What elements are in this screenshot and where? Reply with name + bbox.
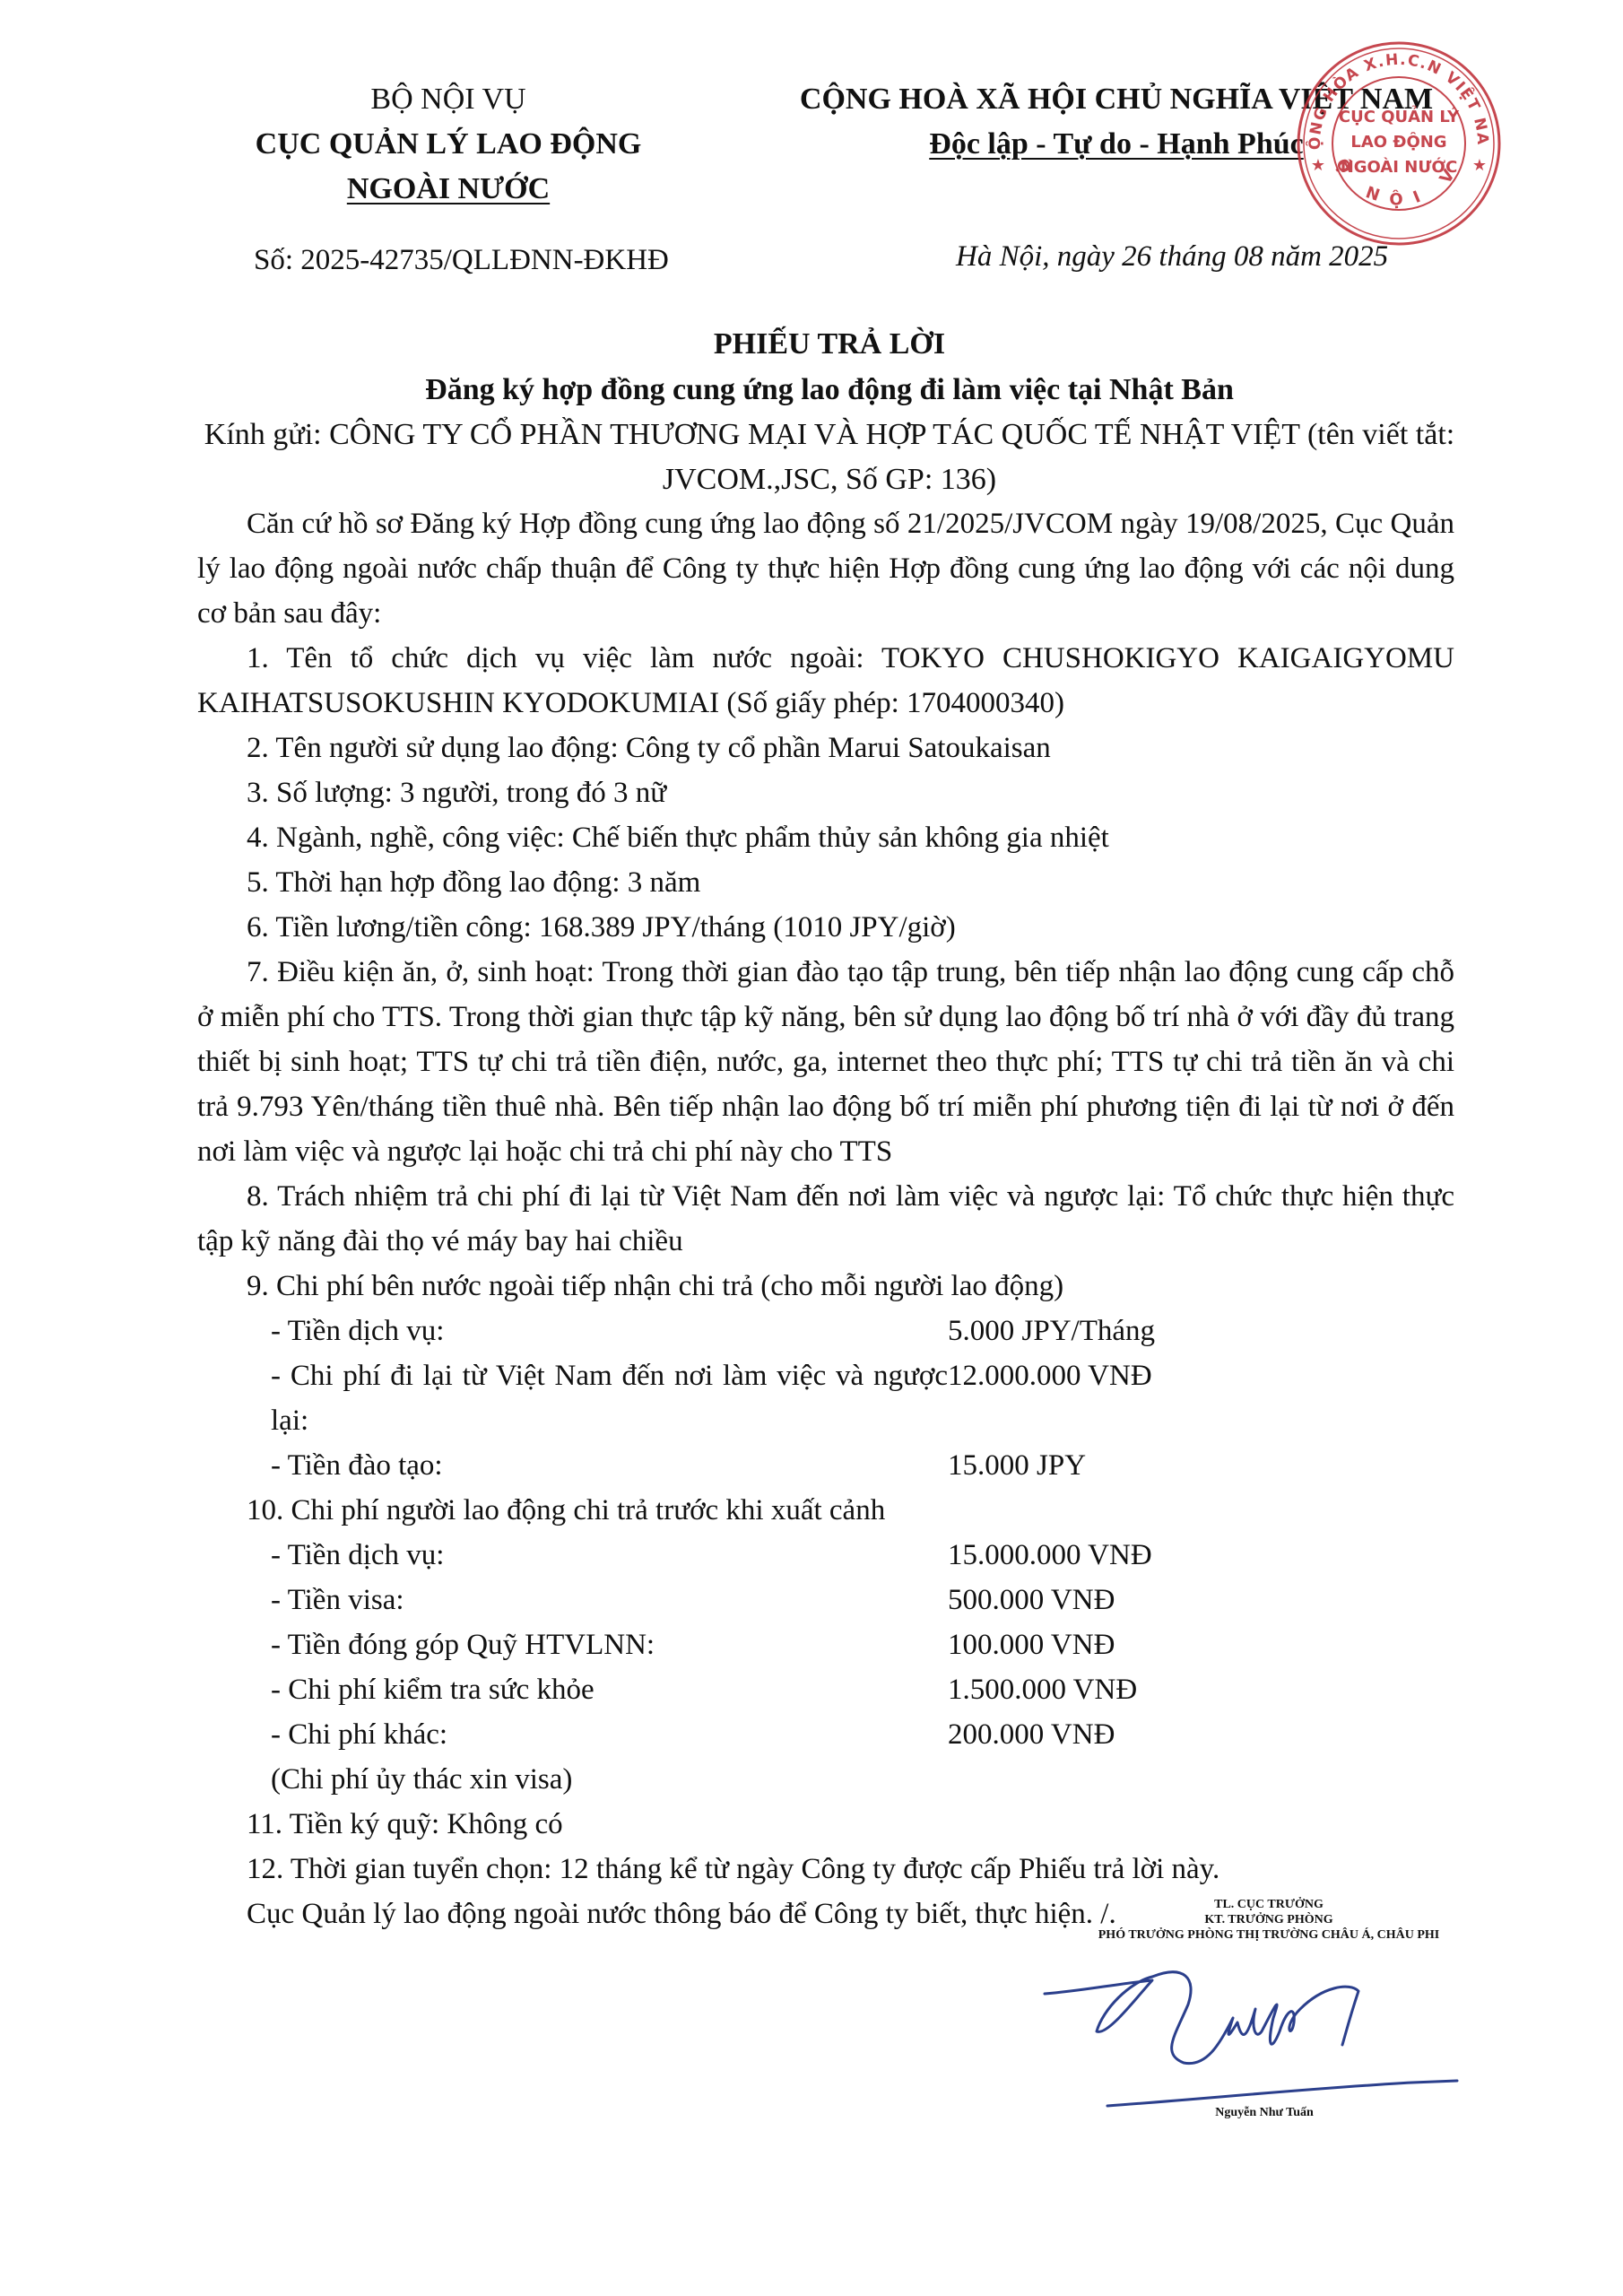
signer-name: Nguyễn Như Tuấn [1027, 2106, 1502, 2120]
document-title: PHIẾU TRẢ LỜI [179, 321, 1480, 368]
department-name-line1: CỤC QUẢN LÝ LAO ĐỘNG [224, 122, 673, 167]
item-1: 1. Tên tổ chức dịch vụ việc làm nước ngo… [197, 636, 1454, 726]
document-title-block: PHIẾU TRẢ LỜI Đăng ký hợp đồng cung ứng … [179, 321, 1480, 502]
section-10-heading: 10. Chi phí người lao động chi trả trước… [197, 1488, 1454, 1533]
national-motto: Độc lập - Tự do - Hạnh Phúc [929, 127, 1303, 161]
section-10-note: (Chi phí ủy thác xin visa) [197, 1757, 1454, 1802]
item-8: 8. Trách nhiệm trả chi phí đi lại từ Việ… [197, 1174, 1454, 1264]
item-6: 6. Tiền lương/tiền công: 168.389 JPY/thá… [197, 905, 1454, 950]
fee-row: - Tiền dịch vụ:5.000 JPY/Tháng [197, 1309, 1454, 1353]
fee-row: - Tiền đào tạo:15.000 JPY [197, 1443, 1454, 1488]
ministry-name: BỘ NỘI VỤ [224, 77, 673, 122]
fee-row: - Chi phí đi lại từ Việt Nam đến nơi làm… [197, 1353, 1454, 1443]
item-4: 4. Ngành, nghề, công việc: Chế biến thực… [197, 815, 1454, 860]
item-5: 5. Thời hạn hợp đồng lao động: 3 năm [197, 860, 1454, 905]
fee-row: - Chi phí kiểm tra sức khỏe1.500.000 VNĐ [197, 1667, 1454, 1712]
fee-row: - Tiền dịch vụ:15.000.000 VNĐ [197, 1533, 1454, 1578]
signatory-role-line1: TL. CỤC TRƯỞNG [1027, 1897, 1511, 1912]
seal-inner-line2: LAO ĐỘNG [1350, 132, 1446, 152]
item-11: 11. Tiền ký quỹ: Không có [197, 1802, 1454, 1847]
recipient-line1: Kính gửi: CÔNG TY CỔ PHẦN THƯƠNG MẠI VÀ … [179, 413, 1480, 457]
item-12: 12. Thời gian tuyển chọn: 12 tháng kể từ… [197, 1847, 1454, 1892]
item-2: 2. Tên người sử dụng lao động: Công ty c… [197, 726, 1454, 770]
official-seal-icon: CỘNG HÒA X.H.C.N VIỆT NAM BỘ NỘI VỤ CỤC … [1291, 36, 1506, 251]
intro-paragraph: Căn cứ hồ sơ Đăng ký Hợp đồng cung ứng l… [197, 501, 1454, 636]
svg-text:★: ★ [1472, 156, 1487, 175]
seal-inner-line1: CỤC QUẢN LÝ [1339, 106, 1460, 126]
svg-text:★: ★ [1311, 156, 1325, 175]
signatory-title-block: TL. CỤC TRƯỞNG KT. TRƯỞNG PHÒNG PHÓ TRƯỞ… [1027, 1897, 1511, 1943]
signatory-role-line2: KT. TRƯỞNG PHÒNG [1027, 1912, 1511, 1927]
issuing-agency-block: BỘ NỘI VỤ CỤC QUẢN LÝ LAO ĐỘNG NGOÀI NƯỚ… [224, 77, 673, 212]
document-body: Căn cứ hồ sơ Đăng ký Hợp đồng cung ứng l… [197, 501, 1454, 1936]
handwritten-signature-icon [1027, 1955, 1493, 2117]
signatory-role-line3: PHÓ TRƯỞNG PHÒNG THỊ TRƯỜNG CHÂU Á, CHÂU… [1027, 1927, 1511, 1943]
recipient-line2: JVCOM.,JSC, Số GP: 136) [179, 457, 1480, 502]
fee-row: - Tiền đóng góp Quỹ HTVLNN:100.000 VNĐ [197, 1622, 1454, 1667]
section-9-heading: 9. Chi phí bên nước ngoài tiếp nhận chi … [197, 1264, 1454, 1309]
fee-row: - Chi phí khác:200.000 VNĐ [197, 1712, 1454, 1757]
document-subtitle: Đăng ký hợp đồng cung ứng lao động đi là… [179, 368, 1480, 413]
document-number: Số: 2025-42735/QLLĐNN-ĐKHĐ [254, 244, 669, 277]
item-3: 3. Số lượng: 3 người, trong đó 3 nữ [197, 770, 1454, 815]
seal-inner-line3: NGOÀI NƯỚC [1341, 157, 1458, 177]
item-7: 7. Điều kiện ăn, ở, sinh hoạt: Trong thờ… [197, 950, 1454, 1174]
fee-row: - Tiền visa:500.000 VNĐ [197, 1578, 1454, 1622]
department-name-line2: NGOÀI NƯỚC [347, 172, 550, 205]
